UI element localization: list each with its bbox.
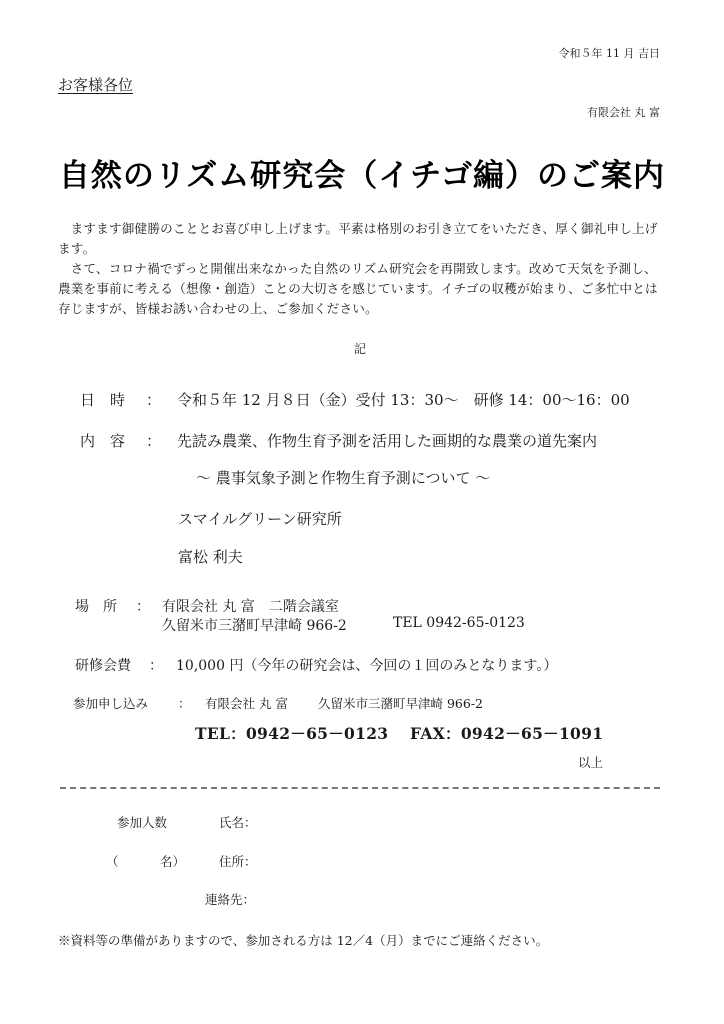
content-speaker: 富松 利夫 (178, 546, 243, 567)
participants-count-unit: 名） (160, 852, 185, 870)
datetime-colon: ： (146, 389, 161, 410)
datetime-label: 日 時 (80, 389, 125, 410)
greeting-paragraph: ますます御健勝のこととお喜び申し上げます。平素は格別のお引き立てをいただき、厚く… (58, 219, 666, 259)
greeting-body: ますます御健勝のこととお喜び申し上げます。平素は格別のお引き立てをいただき、厚く… (58, 219, 666, 319)
addressee: お客様各位 (58, 74, 133, 95)
application-colon: ： (178, 694, 191, 712)
content-organization: スマイルグリーン研究所 (178, 508, 342, 529)
application-fax: FAX：0942－65－1091 (410, 722, 603, 744)
footnote: ※資料等の準備がありますので、参加される方は 12／4（月）までにご連絡ください… (58, 931, 548, 949)
venue-label: 場 所 (75, 596, 117, 616)
address-label: 住所： (219, 852, 257, 870)
venue-address: 久留米市三潴町早津崎 966-2 (162, 615, 347, 635)
application-label: 参加申し込み (73, 694, 148, 712)
fee-label: 研修会費 (75, 655, 131, 675)
contact-label: 連絡先： (205, 890, 255, 908)
closing-ijo: 以上 (578, 753, 603, 771)
fee-colon: ： (149, 655, 163, 675)
document-date: 令和５年 11 月 吉日 (559, 45, 661, 61)
content-colon: ： (146, 430, 161, 451)
application-tel: TEL：0942－65－0123 (195, 722, 388, 744)
content-label: 内 容 (80, 430, 125, 451)
venue-tel: TEL 0942-65-0123 (393, 615, 525, 631)
application-address: 久留米市三潴町早津崎 966-2 (318, 694, 483, 712)
name-label: 氏名： (219, 813, 257, 831)
content-value: 先読み農業、作物生育予測を活用した画期的な農業の道先案内 (177, 430, 597, 451)
greeting-paragraph: さて、コロナ禍でずっと開催出来なかった自然のリズム研究会を再開致します。改めて天… (58, 259, 666, 319)
sender-company: 有限会社 丸 富 (587, 104, 660, 120)
content-subtitle: ～ 農事気象予測と作物生育予測について ～ (196, 467, 490, 488)
participants-label: 参加人数 (117, 813, 167, 831)
participants-paren-open: （ (106, 852, 119, 870)
venue-colon: ： (136, 596, 150, 616)
datetime-value: 令和５年 12 月８日（金）受付 13：30～ 研修 14：00～16：00 (177, 389, 630, 410)
cut-line-divider (60, 787, 660, 789)
fee-value: 10,000 円（今年の研究会は、今回の１回のみとなります。） (176, 655, 557, 675)
page-title: 自然のリズム研究会（イチゴ編）のご案内 (0, 150, 724, 195)
ki-marker: 記 (354, 340, 366, 357)
venue-name: 有限会社 丸 富 二階会議室 (162, 596, 339, 616)
application-company: 有限会社 丸 富 (205, 694, 288, 712)
